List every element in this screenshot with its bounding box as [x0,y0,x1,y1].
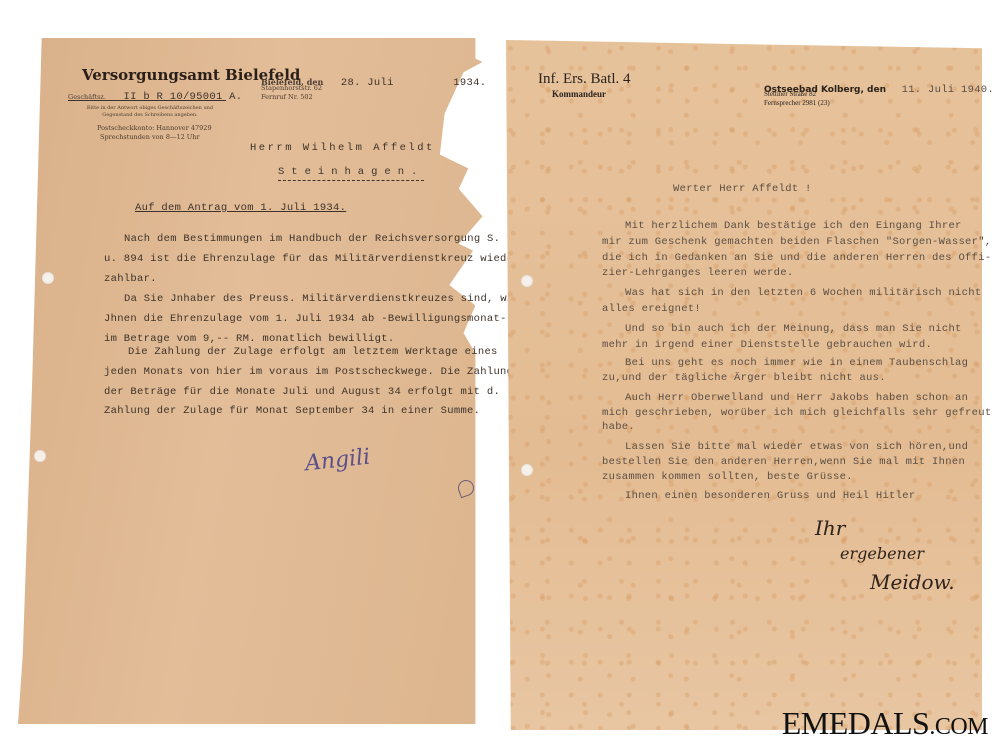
body-line: die ich in Gedanken an Sie und die ander… [602,252,991,264]
body-line: bestellen Sie den anderen Herren,wenn Si… [602,456,965,468]
punch-hole [521,464,533,476]
date-year: 1934. [453,77,486,89]
body-line: Nach dem Bestimmungen im Handbuch der Re… [124,233,500,245]
body-line: zusammen kommen sollten, beste Grüsse. [602,471,853,483]
body-line: zier-Lehrganges leeren werde. [602,267,793,279]
letter-date: 11. Juli 1940. [902,84,994,96]
body-line: u. 894 ist die Ehrenzulage für das Milit… [104,253,520,265]
body-line: Die Zahlung der Zulage erfolgt am letzte… [128,346,498,358]
emedals-watermark: EMEDALS.COM [782,705,988,742]
body-line: Mit herzlichem Dank bestätige ich den Ei… [625,220,962,232]
reference-row: Geschäftsz. II b R 10/95001 A. [68,86,226,101]
unit-name: Inf. Ers. Batl. 4 [538,71,630,88]
body-line: zu,und der tägliche Ärger bleibt nicht a… [602,372,886,384]
body-line: zahlbar. [104,273,157,285]
recipient-town: Steinhagen. [278,166,424,181]
body-line: im Betrage vom 9,-- RM. monatlich bewill… [104,333,394,345]
left-letter-sheet [18,38,492,724]
date-day-month: 28. Juli [341,77,394,89]
punch-hole [34,450,46,462]
body-line: der Beträge für die Monate Juli und Augu… [104,386,500,398]
office-address: Stapenhorststr. 62 [261,84,322,92]
right-letter-sheet [506,40,982,730]
unit-role: Kommandeur [552,89,606,99]
office-phone: Fernruf Nr. 502 [261,93,313,101]
body-line: Lassen Sie bitte mal wieder etwas von si… [625,441,968,453]
watermark-suffix: .COM [929,714,988,740]
body-line: Und so bin auch ich der Meinung, dass ma… [625,323,962,335]
closing-ihr: Ihr [815,516,845,540]
punch-hole [521,275,533,287]
postal-account: Postscheckkonto: Hannover 47929 [97,124,212,132]
street-address: Stettiner Straße 82 [764,90,816,98]
body-line: alles ereignet! [602,303,701,315]
body-line: mich geschrieben, worüber ich mich gleic… [602,407,991,419]
body-line: Zahlung der Zulage für Monat September 3… [104,405,480,417]
salutation: Werter Herr Affeldt ! [673,183,812,195]
reference-note: Bitte in der Antwort obiges Geschäftszei… [80,105,220,119]
body-line: Bei uns geht es noch immer wie in einem … [625,357,968,369]
body-line: Ihnen einen besonderen Gruss und Heil Hi… [625,490,915,502]
body-line: mehr in irgend einer Dienststelle gebrau… [602,339,932,351]
body-line: Was hat sich in den letzten 6 Wochen mil… [625,287,981,299]
body-line: Auch Herr Oberwelland und Herr Jakobs ha… [625,392,968,404]
reference-label: Geschäftsz. [68,93,106,101]
punch-hole [42,272,54,284]
body-line: habe. [602,421,635,433]
body-line: Da Sie Jnhaber des Preuss. Militärverdie… [124,293,527,305]
recipient-name: Herrm Wilhelm Affeldt [250,142,435,154]
phone-number: Fernsprecher 2981 (23) [764,99,830,107]
closing-ergebener: ergebener [840,544,924,563]
signature-meidow: Meidow. [870,570,955,594]
body-line: jeden Monats von hier im voraus im Posts… [104,366,513,378]
watermark-main: EMEDALS [782,705,930,741]
body-line: mir zum Geschenk gemachten beiden Flasch… [602,236,991,248]
reference-number: II b R 10/95001 A. [124,91,243,103]
body-line: Jhnen die Ehrenzulage vom 1. Juli 1934 a… [104,313,507,325]
office-hours: Sprechstunden von 8—12 Uhr [100,133,200,141]
subject-line: Auf dem Antrag vom 1. Juli 1934. [135,202,346,214]
